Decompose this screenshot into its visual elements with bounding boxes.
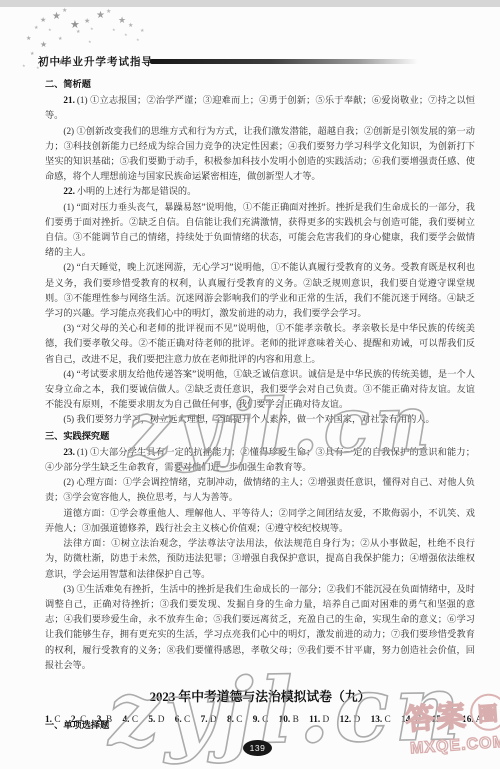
answer-item: 10. B bbox=[279, 715, 299, 725]
star-icon: ★ bbox=[40, 41, 47, 49]
star-icon: ★ bbox=[26, 36, 31, 42]
page-header: ★ ★ ★ ★ ★ ★ ★ ★ ★ ★ ★ ★ ★ ★ ★ ★ ★ ★ ★ ★ … bbox=[0, 7, 500, 75]
answer-letter: B bbox=[106, 715, 112, 725]
answer-letter: B bbox=[293, 715, 299, 725]
paragraph-text: (3) ①生活难免有挫折，生活中的挫折是我们生命成长的一部分；②我们不能沉浸在负… bbox=[45, 584, 475, 670]
answer-item: 16. A bbox=[462, 715, 482, 725]
scan-top-edge bbox=[0, 0, 500, 7]
content-paragraph: (1) “面对压力垂头丧气，暴躁易怒”说明他，①不能正确面对挫折。挫折是我们生命… bbox=[45, 200, 475, 261]
answer-item: 11. D bbox=[309, 715, 329, 725]
answer-number: 10. bbox=[279, 715, 291, 725]
answer-number: 5. bbox=[148, 715, 155, 725]
star-icon: ★ bbox=[112, 28, 116, 32]
paragraph-text: (1) ①立志报国；②治学严谨；③迎难而上；④勇于创新；⑤乐于奉献；⑥爱岗敬业；… bbox=[45, 95, 475, 120]
content-paragraph: (5) 我们要努力学习，树立远大理想，全面提升个人素养，做一个对国家，对社会有用… bbox=[45, 412, 475, 427]
star-icon: ★ bbox=[106, 9, 111, 15]
star-icon: ★ bbox=[90, 27, 94, 31]
answer-letter: C bbox=[262, 715, 268, 725]
answer-number: 9. bbox=[253, 715, 260, 725]
answer-number: 15. bbox=[432, 715, 444, 725]
answer-letter: C bbox=[184, 715, 190, 725]
paragraph-text: (2) 心理方面：①学会调控情绪，克制冲动，做情绪的主人；②增强责任意识，懂得对… bbox=[45, 477, 475, 502]
star-icon: ★ bbox=[128, 23, 133, 29]
answer-number: 7. bbox=[201, 715, 208, 725]
star-icon: ★ bbox=[96, 11, 105, 21]
answer-letter: C bbox=[385, 715, 391, 725]
answer-item: 9. C bbox=[253, 715, 269, 725]
paragraph-text: (4) “考试要求朋友给他传递答案”说明他，①缺乏诚信意识。诚信是是中华民族的传… bbox=[45, 369, 475, 409]
answer-item: 5. D bbox=[148, 715, 164, 725]
paragraph-text: 二、简析题 bbox=[45, 79, 91, 89]
content-paragraph: (3) “对父母的关心和老师的批评视而不见”说明他，①不能孝亲敬长。孝亲敬长是中… bbox=[45, 321, 475, 367]
answer-number: 12. bbox=[340, 715, 352, 725]
star-icon: ★ bbox=[40, 17, 46, 24]
content-paragraph: 法律方面：①树立法治观念，学法尊法守法用法，依法规范自身行为；②从小事做起，杜绝… bbox=[45, 536, 475, 582]
answer-letter: C bbox=[236, 715, 242, 725]
header-rule bbox=[150, 59, 418, 64]
star-icon: ★ bbox=[22, 64, 26, 68]
content-paragraph: 22.小明的上述行为都是错误的。 bbox=[45, 184, 475, 199]
content-paragraph: 21.(1) ①立志报国；②治学严谨；③迎难而上；④勇于创新；⑤乐于奉献；⑥爱岗… bbox=[45, 93, 475, 123]
answer-number: 3. bbox=[97, 715, 104, 725]
answer-letter: C bbox=[54, 715, 60, 725]
question-number: 23. bbox=[63, 447, 74, 457]
paragraph-text: 法律方面：①树立法治观念，学法尊法守法用法，依法规范自身行为；②从小事做起，杜绝… bbox=[45, 538, 475, 578]
question-number: 21. bbox=[63, 95, 74, 105]
answer-item: 7. D bbox=[201, 715, 217, 725]
answer-letter: A bbox=[475, 715, 482, 725]
star-icon: ★ bbox=[136, 38, 140, 42]
content-paragraph: 2023 年中考道德与法治模拟试卷（九） bbox=[45, 690, 475, 705]
star-icon: ★ bbox=[30, 52, 34, 57]
star-icon: ★ bbox=[58, 37, 62, 42]
paragraph-text: (1) “面对压力垂头丧气，暴躁易怒”说明他，①不能正确面对挫折。挫折是我们生命… bbox=[45, 202, 475, 258]
content-paragraph: (2) 心理方面：①学会调控情绪，克制冲动，做情绪的主人；②增强责任意识，懂得对… bbox=[45, 475, 475, 505]
content-paragraph: (4) “考试要求朋友给他传递答案”说明他，①缺乏诚信意识。诚信是是中华民族的传… bbox=[45, 367, 475, 413]
answer-letter: C bbox=[446, 715, 452, 725]
answer-letter: C bbox=[80, 715, 86, 725]
star-icon: ★ bbox=[118, 16, 126, 25]
answer-content: 二、简析题 21.(1) ①立志报国；②治学严谨；③迎难而上；④勇于创新；⑤乐于… bbox=[45, 76, 475, 737]
answer-letter: D bbox=[210, 715, 217, 725]
paragraph-text: (3) “对父母的关心和老师的批评视而不见”说明他，①不能孝亲敬长。孝亲敬长是中… bbox=[45, 323, 475, 363]
content-paragraph: 三、实践探究题 bbox=[45, 429, 475, 444]
star-icon: ★ bbox=[84, 18, 90, 25]
paragraph-text: (5) 我们要努力学习，树立远大理想，全面提升个人素养，做一个对国家，对社会有用… bbox=[63, 414, 434, 424]
paragraph-text: (2) “白天睡觉，晚上沉迷网游，无心学习”说明他，①不能认真履行受教育的义务。… bbox=[45, 262, 475, 318]
answer-item: 13. C bbox=[371, 715, 391, 725]
answer-item: 14. C bbox=[401, 715, 421, 725]
answer-number: 8. bbox=[227, 715, 234, 725]
star-icon: ★ bbox=[62, 8, 67, 14]
answer-number: 14. bbox=[401, 715, 413, 725]
content-paragraph: (3) ①生活难免有挫折，生活中的挫折是我们生命成长的一部分；②我们不能沉浸在负… bbox=[45, 582, 475, 673]
answer-item: 1. C bbox=[45, 715, 61, 725]
answer-number: 1. bbox=[45, 715, 52, 725]
answer-item: 6. C bbox=[175, 715, 191, 725]
content-paragraph: 23.(1) ①大部分学生具有一定的抗挫能力；②懂得珍爱生命；③具有一定的自我保… bbox=[45, 445, 475, 475]
paragraph-text: (2) ①创新改变我们的思维方式和行为方式，让我们激发潜能，超越自我；②创新是引… bbox=[45, 126, 475, 182]
answer-letter: D bbox=[354, 715, 361, 725]
answer-key-row: 1. C 2. C 3. B 4. C 5. D 6. C 7. D 8. C … bbox=[45, 713, 485, 727]
answer-item: 12. D bbox=[340, 715, 361, 725]
star-icon: ★ bbox=[76, 30, 80, 35]
answer-number: 2. bbox=[71, 715, 78, 725]
paragraph-text: 2023 年中考道德与法治模拟试卷（九） bbox=[150, 690, 371, 704]
paragraph-text: 三、实践探究题 bbox=[45, 431, 109, 441]
paragraph-text: 道德方面：①学会尊重他人、理解他人、平等待人；②同学之间团结友爱，不欺侮弱小，不… bbox=[45, 508, 475, 533]
question-number: 22. bbox=[63, 186, 74, 196]
page-number-badge: 139 bbox=[243, 740, 272, 756]
content-paragraph: (2) “白天睡觉，晚上沉迷网游，无心学习”说明他，①不能认真履行受教育的义务。… bbox=[45, 260, 475, 321]
paragraph-text: 小明的上述行为都是错误的。 bbox=[77, 186, 196, 196]
content-paragraph: 二、简析题 bbox=[45, 77, 475, 92]
answer-letter: C bbox=[415, 715, 421, 725]
answer-letter: D bbox=[323, 715, 330, 725]
paragraph-text: (1) ①大部分学生具有一定的抗挫能力；②懂得珍爱生命；③具有一定的自我保护的意… bbox=[45, 447, 475, 472]
answer-number: 4. bbox=[123, 715, 130, 725]
answer-letter: C bbox=[132, 715, 138, 725]
answer-item: 2. C bbox=[71, 715, 87, 725]
star-icon: ★ bbox=[140, 29, 144, 34]
star-icon: ★ bbox=[88, 40, 92, 44]
answer-number: 6. bbox=[175, 715, 182, 725]
star-icon: ★ bbox=[48, 28, 52, 32]
answer-number: 16. bbox=[462, 715, 474, 725]
answer-number: 13. bbox=[371, 715, 383, 725]
answer-item: 4. C bbox=[123, 715, 139, 725]
answer-item: 15. C bbox=[432, 715, 452, 725]
scanned-answer-page: ★ ★ ★ ★ ★ ★ ★ ★ ★ ★ ★ ★ ★ ★ ★ ★ ★ ★ ★ ★ … bbox=[0, 0, 500, 769]
answer-letter: D bbox=[158, 715, 165, 725]
star-icon: ★ bbox=[52, 12, 61, 22]
content-paragraph: (2) ①创新改变我们的思维方式和行为方式，让我们激发潜能，超越自我；②创新是引… bbox=[45, 124, 475, 185]
star-icon: ★ bbox=[124, 33, 128, 37]
star-icon: ★ bbox=[34, 26, 38, 31]
answer-item: 8. C bbox=[227, 715, 243, 725]
series-title: 初中毕业升学考试指导 bbox=[38, 54, 153, 69]
answer-number: 11. bbox=[309, 715, 320, 725]
answer-item: 3. B bbox=[97, 715, 113, 725]
content-paragraph: 道德方面：①学会尊重他人、理解他人、平等待人；②同学之间团结友爱，不欺侮弱小，不… bbox=[45, 506, 475, 536]
